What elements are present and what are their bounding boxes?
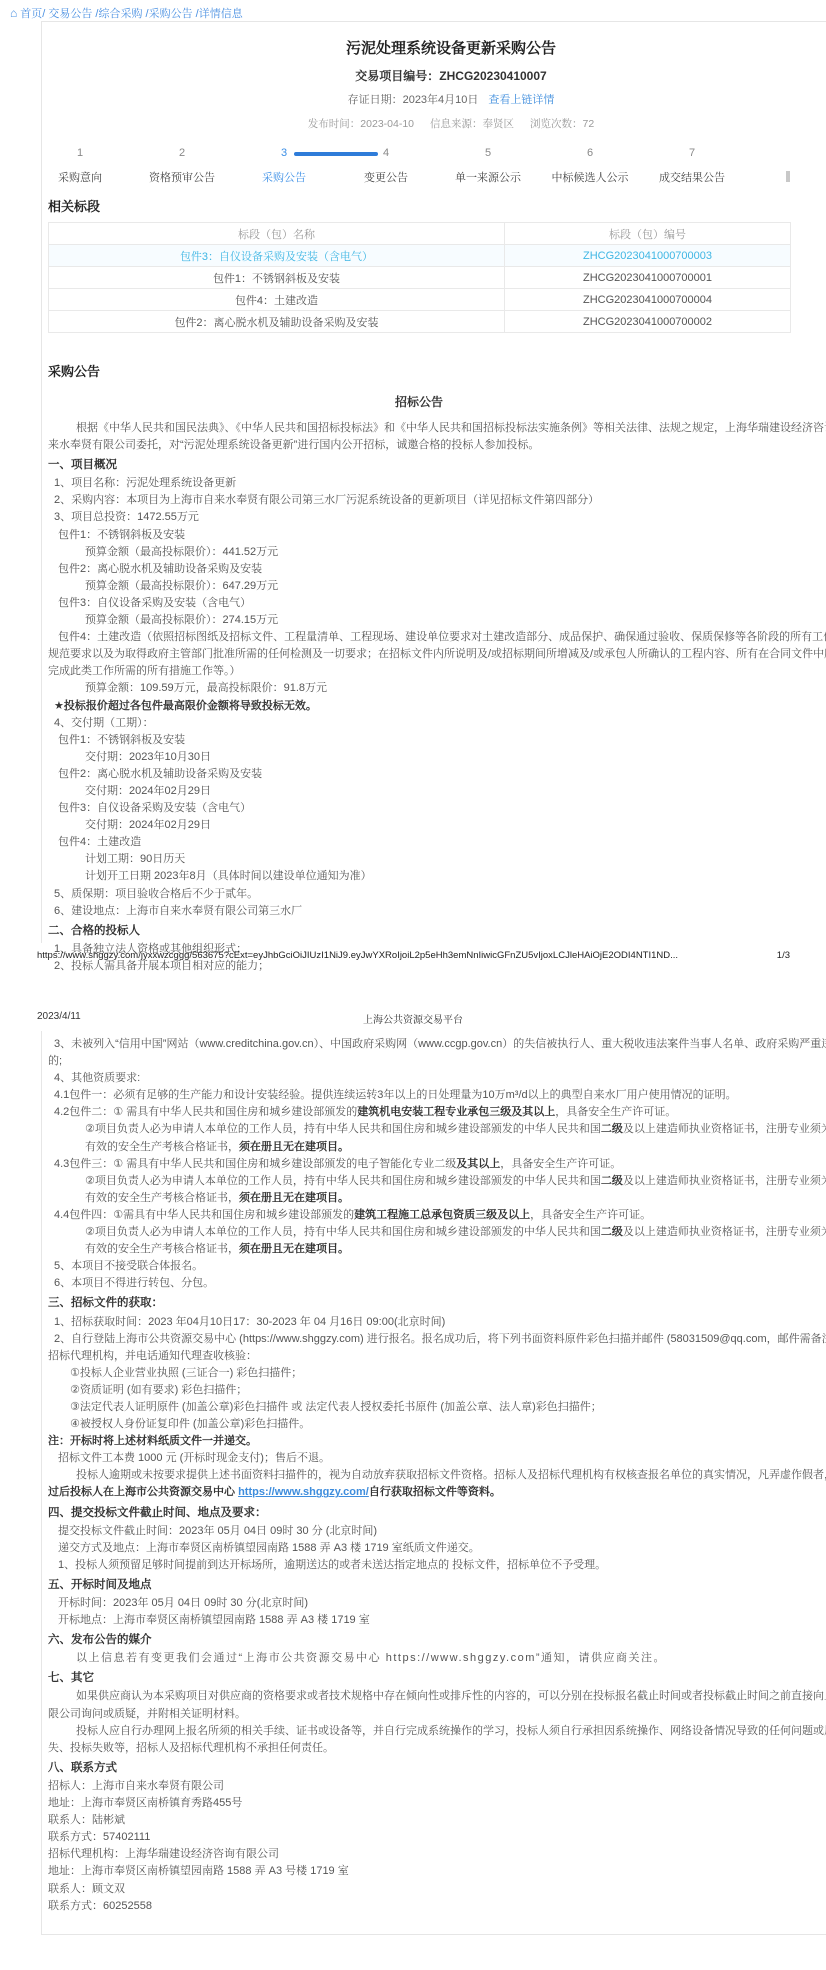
doc-line: 预算金额：109.59万元，最高投标限价：91.8万元 bbox=[48, 680, 826, 697]
step-label: 资格预审公告 bbox=[131, 169, 233, 185]
doc-line: 联系人：陆彬斌 bbox=[48, 1812, 826, 1829]
doc-line: 预算金额（最高投标限价）：647.29万元 bbox=[48, 578, 826, 595]
doc-line: 五、开标时间及地点 bbox=[48, 1577, 826, 1594]
stepper-step-6[interactable]: 6中标候选人公示 bbox=[539, 146, 641, 185]
doc-line: 计划开工日期 2023年8月（具体时间以建设单位通知为准） bbox=[48, 868, 826, 885]
meta-line: 发布时间：2023-04-10信息来源：奉贤区浏览次数：72 bbox=[48, 116, 826, 131]
print-footer-page-number: 1/3 bbox=[777, 950, 790, 961]
doc-line: ★投标报价超过各包件最高限价金额将导致投标无效。 bbox=[48, 698, 826, 715]
doc-line: 招标代理机构，并电话通知代理查收核验： bbox=[48, 1348, 826, 1365]
doc-line: 2、自行登陆上海市公共资源交易中心 (https://www.shggzy.co… bbox=[48, 1331, 826, 1348]
doc-line: 联系方式：57402111 bbox=[48, 1829, 826, 1846]
breadcrumb-item[interactable]: 交易公告 bbox=[45, 8, 92, 20]
doc-line: 4.1包件一：必须有足够的生产能力和设计安装经验。提供连续运转3年以上的日处理量… bbox=[48, 1087, 826, 1104]
doc-line: 有效的安全生产考核合格证书，须在册且无在建项目。 bbox=[48, 1241, 826, 1258]
step-label: 成交结果公告 bbox=[641, 169, 743, 185]
doc-line: 提交投标文件截止时间：2023年 05月 04日 09时 30 分 (北京时间) bbox=[48, 1523, 826, 1540]
doc-line: ②项目负责人必为申请人本单位的工作人员，持有中华人民共和国住房和城乡建设部颁发的… bbox=[48, 1173, 826, 1190]
doc-line: 预算金额（最高投标限价）：274.15万元 bbox=[48, 612, 826, 629]
doc-line: 包件1：不锈钢斜板及安装 bbox=[48, 732, 826, 749]
deposit-date: 2023年4月10日 bbox=[403, 94, 479, 106]
doc-line: 投标人应自行办理网上报名所须的相关手续、证书或设备等，并自行完成系统操作的学习，… bbox=[48, 1723, 826, 1740]
stepper-step-5[interactable]: 5单一来源公示 bbox=[437, 146, 539, 185]
doc-line: 地址：上海市奉贤区南桥镇育秀路455号 bbox=[48, 1795, 826, 1812]
breadcrumb-item[interactable]: /采购公告 bbox=[143, 8, 193, 20]
step-number: 5 bbox=[437, 146, 539, 160]
doc-line: 七、其它 bbox=[48, 1670, 826, 1687]
doc-line: 计划工期：90日历天 bbox=[48, 851, 826, 868]
step-number: 6 bbox=[539, 146, 641, 160]
doc-line: 包件2：离心脱水机及辅助设备采购及安装 bbox=[48, 766, 826, 783]
doc-title: 招标公告 bbox=[48, 393, 790, 410]
related-sections-table: 标段（包）名称 标段（包）编号 包件3：自仪设备采购及安装（含电气）ZHCG20… bbox=[48, 222, 791, 333]
clipped-step-label-fragment bbox=[786, 171, 790, 182]
section-code-cell[interactable]: ZHCG2023041000700003 bbox=[505, 245, 791, 267]
doc-line: 4、其他资质要求: bbox=[48, 1070, 826, 1087]
doc-line: 失、投标失败等，招标人及招标代理机构不承担任何责任。 bbox=[48, 1740, 826, 1757]
doc-line: 一、项目概况 bbox=[48, 457, 826, 474]
print-header-date: 2023/4/11 bbox=[37, 1011, 81, 1022]
view-count: 浏览次数：72 bbox=[530, 118, 594, 130]
doc-line: 招标人：上海市自来水奉贤有限公司 bbox=[48, 1778, 826, 1795]
stepper: 1采购意向2资格预审公告3采购公告4变更公告5单一来源公示6中标候选人公示7成交… bbox=[48, 146, 826, 190]
doc-line: ①投标人企业营业执照 (三证合一) 彩色扫描件； bbox=[48, 1365, 826, 1382]
doc-line: 1、投标人须预留足够时间提前到达开标场所，逾期送达的或者未送达指定地点的 投标文… bbox=[48, 1557, 826, 1574]
table-row: 包件4：土建改造ZHCG2023041000700004 bbox=[49, 289, 791, 311]
doc-line: 以上信息若有变更我们会通过“上海市公共资源交易中心 https://www.sh… bbox=[48, 1650, 826, 1667]
section-code-cell[interactable]: ZHCG2023041000700004 bbox=[505, 289, 791, 311]
section-name-cell[interactable]: 包件2：离心脱水机及辅助设备采购及安装 bbox=[49, 311, 505, 333]
announcement-card-page2: 3、未被列入“信用中国”网站（www.creditchina.gov.cn）、中… bbox=[41, 1031, 826, 1935]
doc-line: 包件3：自仪设备采购及安装（含电气） bbox=[48, 800, 826, 817]
doc-line: 有效的安全生产考核合格证书，须在册且无在建项目。 bbox=[48, 1190, 826, 1207]
table-row: 包件3：自仪设备采购及安装（含电气）ZHCG2023041000700003 bbox=[49, 245, 791, 267]
stepper-step-1[interactable]: 1采购意向 bbox=[29, 146, 131, 185]
doc-line: 3、项目总投资：1472.55万元 bbox=[48, 509, 826, 526]
doc-line: 联系方式：60252558 bbox=[48, 1898, 826, 1915]
doc-line: 递交方式及地点：上海市奉贤区南桥镇望园南路 1588 弄 A3 楼 1719 室… bbox=[48, 1540, 826, 1557]
doc-page-2: 3、未被列入“信用中国”网站（www.creditchina.gov.cn）、中… bbox=[48, 1036, 826, 1915]
doc-line: 包件1：不锈钢斜板及安装 bbox=[48, 527, 826, 544]
print-footer: https://www.shggzy.com/jyxxwzcggg/563675… bbox=[37, 950, 790, 961]
doc-line: 根据《中华人民共和国民法典》、《中华人民共和国招标投标法》和《中华人民共和国招标… bbox=[48, 420, 826, 437]
doc-line: 招标文件工本费 1000 元 (开标时现金支付)；售后不退。 bbox=[48, 1450, 826, 1467]
doc-line: 六、发布公告的媒介 bbox=[48, 1632, 826, 1649]
page: { "breadcrumb": {"items": ["首页", "交易公告",… bbox=[0, 0, 826, 1970]
doc-line: ④被授权人身份证复印件 (加盖公章)彩色扫描件。 bbox=[48, 1416, 826, 1433]
breadcrumb-item[interactable]: 首页/ bbox=[20, 8, 45, 20]
step-number: 2 bbox=[131, 146, 233, 160]
step-label: 采购意向 bbox=[29, 169, 131, 185]
doc-line: ②项目负责人必为申请人本单位的工作人员，持有中华人民共和国住房和城乡建设部颁发的… bbox=[48, 1224, 826, 1241]
doc-line: 包件2：离心脱水机及辅助设备采购及安装 bbox=[48, 561, 826, 578]
info-source: 信息来源：奉贤区 bbox=[430, 118, 514, 130]
announcement-card-page1: 污泥处理系统设备更新采购公告 交易项目编号：ZHCG20230410007 存证… bbox=[41, 21, 826, 943]
doc-line: 开标地点：上海市奉贤区南桥镇望园南路 1588 弄 A3 楼 1719 室 bbox=[48, 1612, 826, 1629]
print-footer-url: https://www.shggzy.com/jyxxwzcggg/563675… bbox=[37, 950, 678, 961]
print-header: 2023/4/11 上海公共资源交易平台 bbox=[0, 1011, 826, 1026]
step-label: 变更公告 bbox=[335, 169, 437, 185]
breadcrumb: ⌂首页/ 交易公告 /综合采购 /采购公告 /详情信息 bbox=[10, 5, 243, 21]
doc-line: 四、提交投标文件截止时间、地点及要求： bbox=[48, 1505, 826, 1522]
doc-line: 5、本项目不接受联合体报名。 bbox=[48, 1258, 826, 1275]
doc-line: ③法定代表人证明原件 (加盖公章)彩色扫描件 或 法定代表人授权委托书原件 (加… bbox=[48, 1399, 826, 1416]
doc-line: 限公司询问或质疑，并附相关证明材料。 bbox=[48, 1706, 826, 1723]
publish-time: 发布时间：2023-04-10 bbox=[308, 118, 414, 130]
announcement-section-heading: 采购公告 bbox=[48, 361, 826, 380]
step-label: 中标候选人公示 bbox=[539, 169, 641, 185]
doc-line: 完成此类工作所需的所有措施工作等。） bbox=[48, 663, 826, 680]
project-number-label: 交易项目编号： bbox=[355, 69, 439, 83]
column-header-name: 标段（包）名称 bbox=[49, 223, 505, 245]
doc-line: 3、未被列入“信用中国”网站（www.creditchina.gov.cn）、中… bbox=[48, 1036, 826, 1053]
table-row: 包件1：不锈钢斜板及安装ZHCG2023041000700001 bbox=[49, 267, 791, 289]
doc-line: 如果供应商认为本采购项目对供应商的资格要求或者技术规格中存在倾向性或排斥性的内容… bbox=[48, 1688, 826, 1705]
doc-line: 6、建设地点：上海市自来水奉贤有限公司第三水厂 bbox=[48, 903, 826, 920]
project-number-line: 交易项目编号：ZHCG20230410007 bbox=[48, 67, 826, 84]
doc-line: 4、交付期（工期）： bbox=[48, 715, 826, 732]
section-code-cell[interactable]: ZHCG2023041000700002 bbox=[505, 311, 791, 333]
doc-line: 联系人：顾文双 bbox=[48, 1881, 826, 1898]
doc-line: 规范要求以及为取得政府主管部门批准所需的任何检测及一切要求；在招标文件内所说明及… bbox=[48, 646, 826, 663]
doc-line: ②项目负责人必为申请人本单位的工作人员，持有中华人民共和国住房和城乡建设部颁发的… bbox=[48, 1121, 826, 1138]
section-name-cell[interactable]: 包件3：自仪设备采购及安装（含电气） bbox=[49, 245, 505, 267]
doc-line: 4.4包件四：①需具有中华人民共和国住房和城乡建设部颁发的建筑工程施工总承包资质… bbox=[48, 1207, 826, 1224]
doc-line: 地址：上海市奉贤区南桥镇望园南路 1588 弄 A3 号楼 1719 室 bbox=[48, 1863, 826, 1880]
doc-line: 交付期：2023年10月30日 bbox=[48, 749, 826, 766]
deposit-label: 存证日期： bbox=[348, 94, 403, 106]
doc-line: 二、合格的投标人 bbox=[48, 923, 826, 940]
breadcrumb-item[interactable]: /详情信息 bbox=[193, 8, 243, 20]
related-sections-heading: 相关标段 bbox=[48, 196, 826, 215]
step-number: 7 bbox=[641, 146, 743, 160]
view-chain-link[interactable]: 查看上链详情 bbox=[488, 94, 554, 106]
doc-line: 5、质保期：项目验收合格后不少于贰年。 bbox=[48, 886, 826, 903]
doc-line: 来水奉贤有限公司委托，对“污泥处理系统设备更新”进行国内公开招标，诚邀合格的投标… bbox=[48, 437, 826, 454]
doc-line: 开标时间：2023年 05月 04日 09时 30 分(北京时间) bbox=[48, 1595, 826, 1612]
home-icon[interactable]: ⌂ bbox=[10, 6, 17, 20]
stepper-step-2[interactable]: 2资格预审公告 bbox=[131, 146, 233, 185]
print-header-site: 上海公共资源交易平台 bbox=[0, 1011, 826, 1026]
step-label: 采购公告 bbox=[233, 169, 335, 185]
project-number: ZHCG20230410007 bbox=[439, 69, 546, 83]
stepper-step-7[interactable]: 7成交结果公告 bbox=[641, 146, 743, 185]
step-label: 单一来源公示 bbox=[437, 169, 539, 185]
doc-line: 过后投标人在上海市公共资源交易中心 https://www.shggzy.com… bbox=[48, 1484, 826, 1501]
doc-line: 招标代理机构：上海华瑞建设经济咨询有限公司 bbox=[48, 1846, 826, 1863]
doc-line: ②资质证明 (如有要求) 彩色扫描件； bbox=[48, 1382, 826, 1399]
doc-line: 4.2包件二：① 需具有中华人民共和国住房和城乡建设部颁发的建筑机电安装工程专业… bbox=[48, 1104, 826, 1121]
doc-line: 4.3包件三：① 需具有中华人民共和国住房和城乡建设部颁发的电子智能化专业二级及… bbox=[48, 1156, 826, 1173]
doc-line: 2、采购内容：本项目为上海市自来水奉贤有限公司第三水厂污泥系统设备的更新项目（详… bbox=[48, 492, 826, 509]
stepper-active-connector bbox=[294, 152, 378, 156]
doc-line: 交付期：2024年02月29日 bbox=[48, 817, 826, 834]
step-number: 1 bbox=[29, 146, 131, 160]
doc-line: 的; bbox=[48, 1053, 826, 1070]
doc-page-1: 根据《中华人民共和国民法典》、《中华人民共和国招标投标法》和《中华人民共和国招标… bbox=[48, 420, 826, 975]
inline-link[interactable]: https://www.shggzy.com/ bbox=[238, 1486, 369, 1498]
doc-line: 预算金额（最高投标限价）：441.52万元 bbox=[48, 544, 826, 561]
breadcrumb-item[interactable]: /综合采购 bbox=[92, 8, 142, 20]
doc-line: 注：开标时将上述材料纸质文件一并递交。 bbox=[48, 1433, 826, 1450]
doc-line: 6、本项目不得进行转包、分包。 bbox=[48, 1275, 826, 1292]
doc-line: 三、招标文件的获取： bbox=[48, 1295, 826, 1312]
doc-line: 有效的安全生产考核合格证书，须在册且无在建项目。 bbox=[48, 1139, 826, 1156]
table-row: 包件2：离心脱水机及辅助设备采购及安装ZHCG2023041000700002 bbox=[49, 311, 791, 333]
doc-line: 1、招标获取时间：2023 年04月10日17：30-2023 年 04 月16… bbox=[48, 1314, 826, 1331]
section-code-cell[interactable]: ZHCG2023041000700001 bbox=[505, 267, 791, 289]
doc-line: 1、项目名称：污泥处理系统设备更新 bbox=[48, 475, 826, 492]
page-title: 污泥处理系统设备更新采购公告 bbox=[48, 37, 826, 58]
doc-line: 投标人逾期或未按要求提供上述书面资料扫描件的，视为自动放弃获取招标文件资格。招标… bbox=[48, 1467, 826, 1484]
doc-line: 包件4：土建改造 bbox=[48, 834, 826, 851]
column-header-code: 标段（包）编号 bbox=[505, 223, 791, 245]
section-name-cell[interactable]: 包件4：土建改造 bbox=[49, 289, 505, 311]
doc-line: 包件4：土建改造（依照招标图纸及招标文件、工程量清单、工程现场、建设单位要求对土… bbox=[48, 629, 826, 646]
doc-line: 交付期：2024年02月29日 bbox=[48, 783, 826, 800]
doc-line: 包件3：自仪设备采购及安装（含电气） bbox=[48, 595, 826, 612]
doc-line: 八、联系方式 bbox=[48, 1760, 826, 1777]
section-name-cell[interactable]: 包件1：不锈钢斜板及安装 bbox=[49, 267, 505, 289]
deposit-line: 存证日期：2023年4月10日查看上链详情 bbox=[48, 91, 826, 107]
